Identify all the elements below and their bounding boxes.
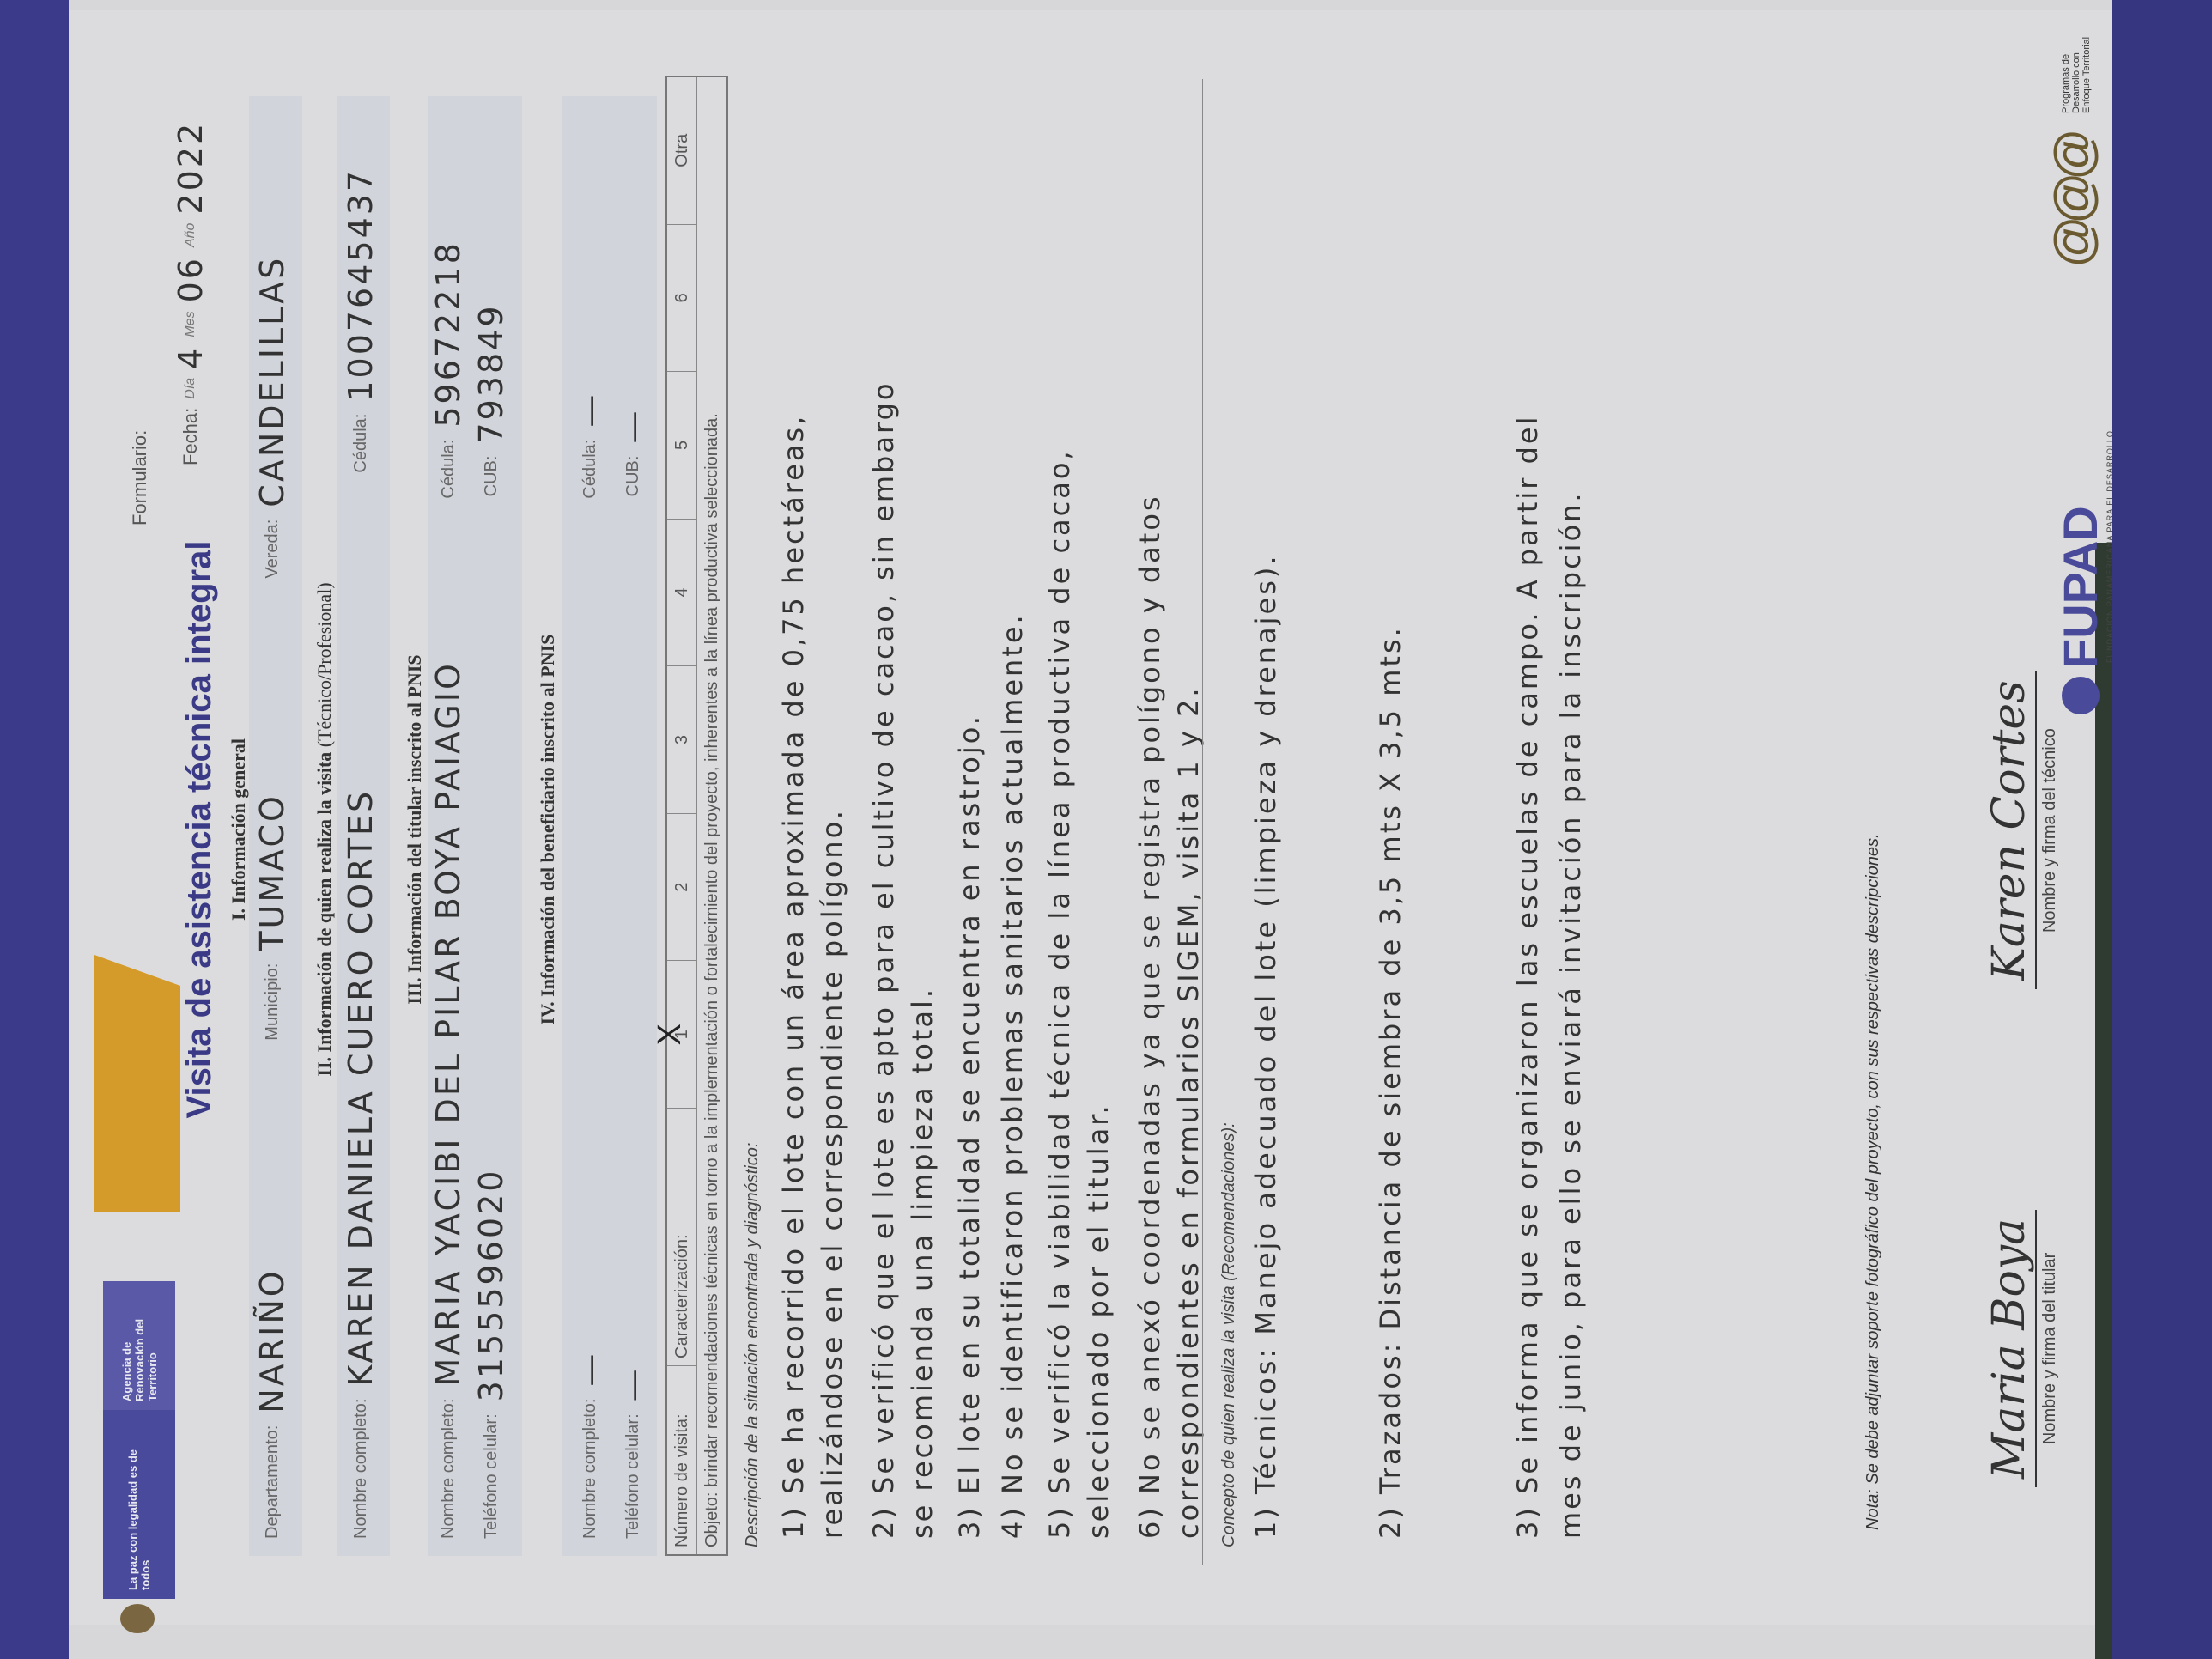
concepto-line: mes de junio, para ello se enviará invit… xyxy=(1554,79,1587,1539)
municipio-field[interactable]: TUMACO xyxy=(253,591,291,951)
descripcion-line: 6) No se anexó coordenadas ya que se reg… xyxy=(1133,79,1166,1539)
pdet-subtitle: Programas de Desarrollo con Enfoque Terr… xyxy=(2061,36,2092,113)
visit-table: Número de visita: Caracterización: 1X234… xyxy=(665,76,728,1556)
descripcion-line: seleccionado por el titular. xyxy=(1082,79,1115,1539)
beneficiario-cub-label: CUB: xyxy=(623,456,643,497)
visit-options: 1X23456Otra xyxy=(667,77,696,1108)
titular-cub-label: CUB: xyxy=(482,456,501,497)
descripcion-line: 1) Se ha recorrido el lote con un área a… xyxy=(777,79,810,1539)
titular-phone-row: Teléfono celular: 3155596020 CUB: 793849 xyxy=(472,303,510,1539)
section-2-title: II. Información de quien realiza la visi… xyxy=(313,752,335,1077)
section-1-heading: I. Información general xyxy=(228,0,250,1659)
visit-option-otra[interactable]: Otra xyxy=(667,77,696,224)
titular-telefono-label: Teléfono celular: xyxy=(482,1413,501,1539)
section-2-note: (Técnico/Profesional) xyxy=(313,582,335,747)
visit-option-5[interactable]: 5 xyxy=(667,371,696,519)
beneficiario-cedula-field[interactable]: — xyxy=(571,392,609,428)
bottom-band xyxy=(2112,0,2212,1659)
vereda-label: Vereda: xyxy=(263,520,283,579)
visit-option-3[interactable]: 3 xyxy=(667,665,696,813)
beneficiario-nombre-field[interactable]: — xyxy=(571,511,609,1387)
fupad-text: FUPAD xyxy=(2052,506,2108,668)
tecnico-cedula-field[interactable]: 1007645437 xyxy=(342,168,380,402)
section-3-heading: III. Información del titular inscrito al… xyxy=(404,0,426,1659)
titular-nombre-label: Nombre completo: xyxy=(439,1399,459,1539)
tecnico-signature-caption: Nombre y firma del técnico xyxy=(2040,671,2060,989)
titular-signature[interactable]: Maria Boya Nombre y firma del titular xyxy=(1984,1210,2060,1487)
top-band xyxy=(0,0,69,1659)
tecnico-signature[interactable]: Karen Cortes Nombre y firma del técnico xyxy=(1984,671,2060,989)
section-divider xyxy=(1202,79,1206,1565)
visit-option-6[interactable]: 6 xyxy=(667,224,696,372)
beneficiario-cub-field[interactable]: — xyxy=(614,409,652,444)
descripcion-line: 5) Se verificó la viabilidad técnica de … xyxy=(1043,79,1076,1539)
departamento-field[interactable]: NARIÑO xyxy=(253,1053,291,1413)
caracterizacion-label: Caracterización: xyxy=(667,1108,696,1365)
beneficiario-cedula-label: Cédula: xyxy=(580,440,600,499)
globe-icon xyxy=(2062,677,2100,714)
form-title: Visita de asistencia técnica integral xyxy=(180,0,219,1659)
tecnico-signature-name: Karen Cortes xyxy=(1984,671,2037,989)
visit-option-2[interactable]: 2 xyxy=(667,813,696,961)
concepto-line: 1) Técnicos: Manejo adecuado del lote (l… xyxy=(1249,79,1282,1539)
descripcion-line: se recomienda una limpieza total. xyxy=(906,79,939,1539)
titular-signature-name: Maria Boya xyxy=(1984,1210,2037,1487)
formulario-label: Formulario: xyxy=(129,430,151,526)
titular-telefono-field[interactable]: 3155596020 xyxy=(472,508,510,1401)
titular-name-row: Nombre completo: MARIA YACIBI DEL PILAR … xyxy=(429,240,467,1539)
section-4-heading: IV. Información del beneficiario inscrit… xyxy=(537,0,559,1659)
descripcion-line: correspondientes en formularios SIGEM, v… xyxy=(1172,79,1205,1539)
descripcion-line: realizándose en el correspondiente políg… xyxy=(816,79,848,1539)
objeto-row: Objeto: brindar recomendaciones técnicas… xyxy=(697,77,726,1554)
concepto-heading: Concepto de quien realiza la visita (Rec… xyxy=(1219,1122,1239,1547)
visit-option-1[interactable]: 1X xyxy=(667,960,696,1108)
concepto-line: 2) Trazados: Distancia de siembra de 3,5… xyxy=(1374,79,1407,1539)
objeto-text: Objeto: brindar recomendaciones técnicas… xyxy=(697,406,726,1554)
concepto-line: 3) Se informa que se organizaron las esc… xyxy=(1511,79,1544,1539)
beneficiario-nombre-label: Nombre completo: xyxy=(580,1399,600,1539)
beneficiario-telefono-field[interactable]: — xyxy=(614,508,652,1401)
note-text: Nota: Se debe adjuntar soporte fotográfi… xyxy=(1863,833,1883,1530)
beneficiario-name-row: Nombre completo: — Cédula: — xyxy=(571,392,609,1539)
numero-visita-label: Número de visita: xyxy=(667,1365,696,1554)
beneficiario-phone-row: Teléfono celular: — CUB: — xyxy=(614,409,652,1539)
tecnico-cedula-label: Cédula: xyxy=(351,414,371,473)
descripcion-line: 2) Se verificó que el lote es apto para … xyxy=(867,79,900,1539)
descripcion-line: 3) El lote en su totalidad se encuentra … xyxy=(953,79,986,1539)
visit-option-4[interactable]: 4 xyxy=(667,519,696,666)
visit-number-row: Número de visita: Caracterización: 1X234… xyxy=(667,77,697,1554)
general-info-row: Departamento: NARIÑO Municipio: TUMACO V… xyxy=(253,256,291,1539)
fupad-subtitle: FUNDACIÓN PANAMERICANA PARA EL DESARROLL… xyxy=(2106,430,2114,663)
tecnico-nombre-field[interactable]: KAREN DANIELA CUERO CORTES xyxy=(342,485,380,1387)
logo-pnis-icon xyxy=(94,955,180,1212)
tecnico-nombre-label: Nombre completo: xyxy=(351,1399,371,1539)
tecnico-row: Nombre completo: KAREN DANIELA CUERO COR… xyxy=(342,168,380,1539)
titular-signature-caption: Nombre y firma del titular xyxy=(2040,1210,2060,1487)
titular-nombre-field[interactable]: MARIA YACIBI DEL PILAR BOYA PAIAGIO xyxy=(429,511,467,1387)
logo-agencia: Agencia de Renovación del Territorio xyxy=(103,1281,175,1410)
logo-paz-legalidad: La paz con legalidad es de todos xyxy=(103,1410,175,1599)
titular-cub-field[interactable]: 793849 xyxy=(472,303,510,443)
titular-cedula-label: Cédula: xyxy=(439,440,459,499)
coat-of-arms-icon xyxy=(120,1604,155,1633)
fupad-logo: FUPAD xyxy=(2052,506,2108,714)
selected-mark: X xyxy=(652,1024,689,1045)
pdet-spiral-logo-icon: @@@ xyxy=(2044,137,2103,268)
section-2-heading: II. Información de quien realiza la visi… xyxy=(313,0,336,1659)
municipio-label: Municipio: xyxy=(263,963,283,1041)
form-sheet: La paz con legalidad es de todos Agencia… xyxy=(0,0,2212,1659)
titular-cedula-field[interactable]: 59672218 xyxy=(429,240,467,427)
vereda-field[interactable]: CANDELILLAS xyxy=(253,256,291,507)
departamento-label: Departamento: xyxy=(263,1425,283,1539)
beneficiario-telefono-label: Teléfono celular: xyxy=(623,1413,643,1539)
descripcion-heading: Descripción de la situación encontrada y… xyxy=(743,1143,763,1547)
descripcion-line: 4) No se identificaron problemas sanitar… xyxy=(996,79,1029,1539)
